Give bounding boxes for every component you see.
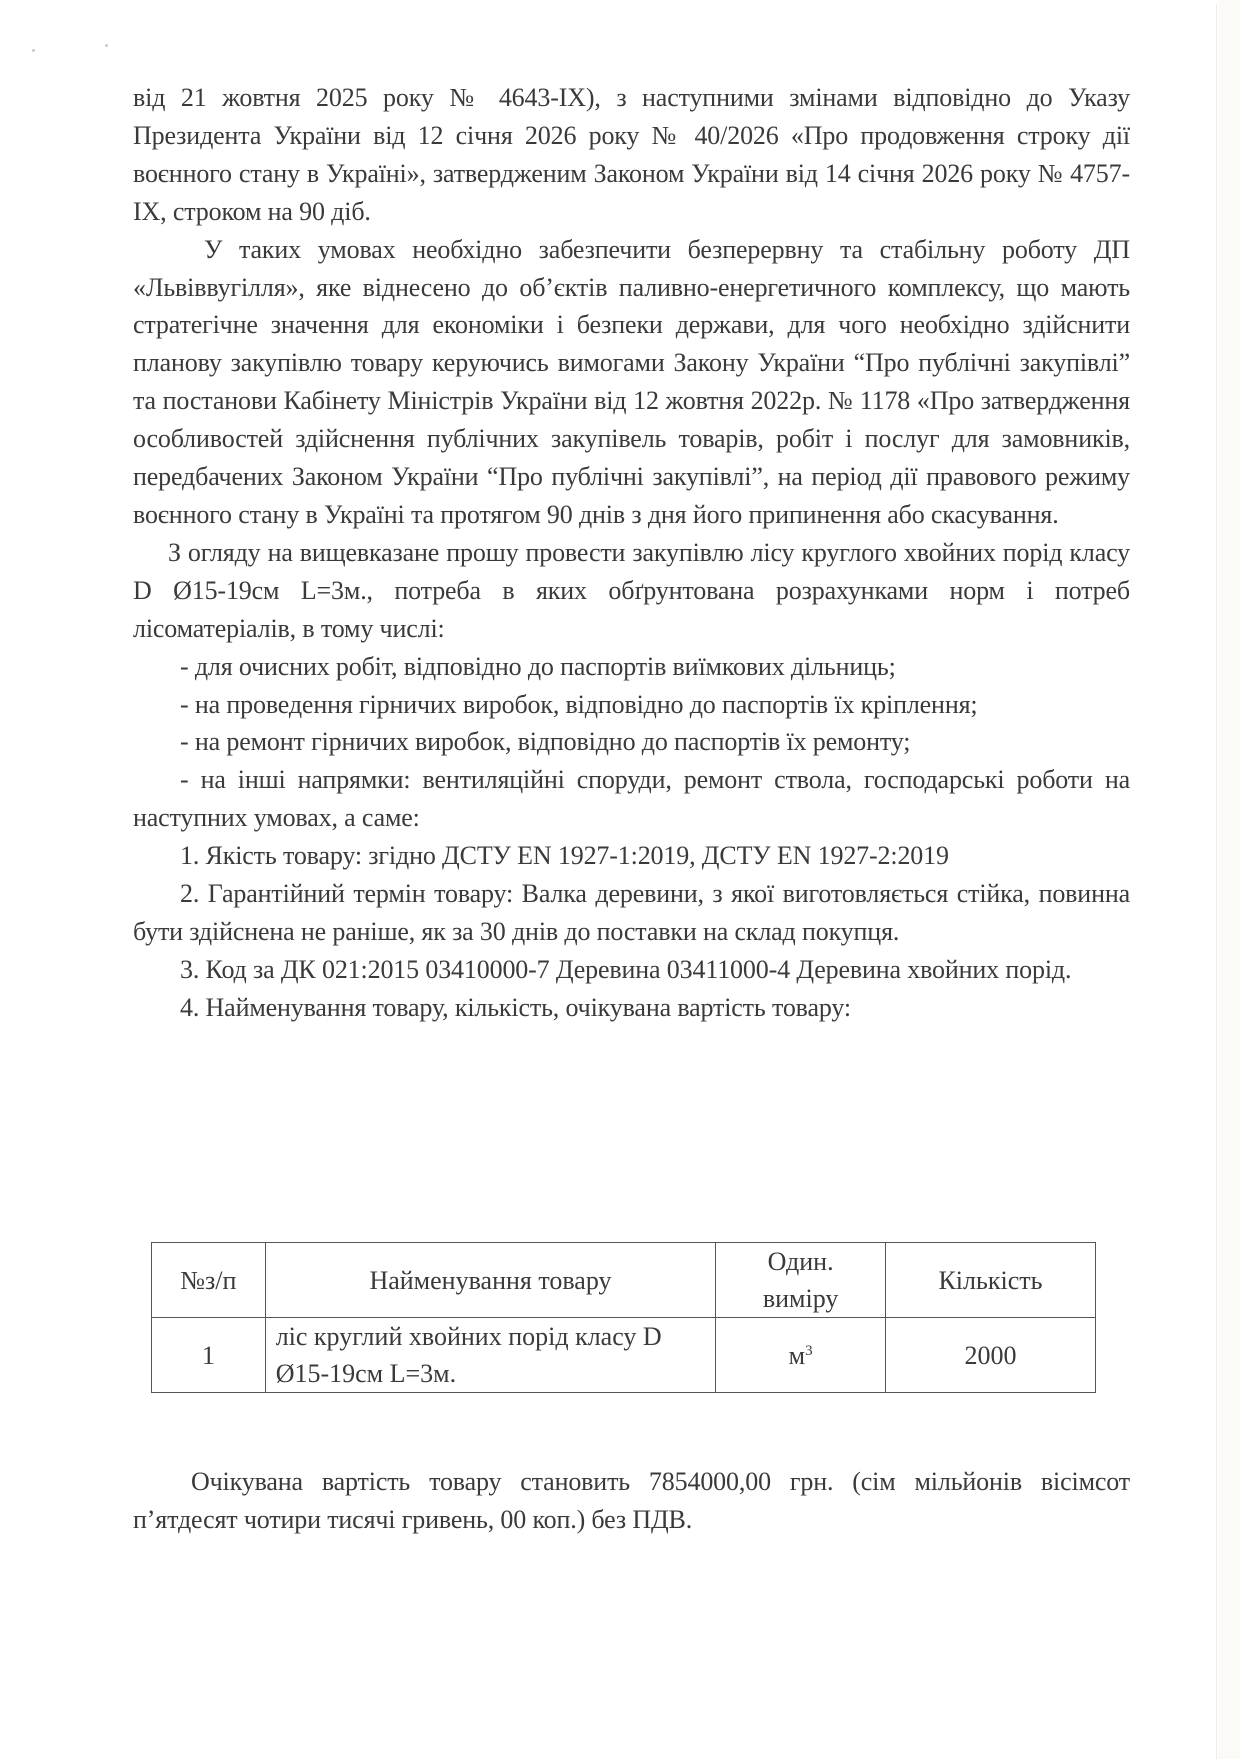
paragraph-procurement-request: З огляду на вищевказане прошу провести з… <box>133 534 1130 648</box>
header-unit-line: виміру <box>724 1280 877 1317</box>
header-unit: Один. виміру <box>716 1243 886 1318</box>
cell-goods-name: ліс круглий хвойних порід класу D Ø15-19… <box>265 1318 716 1393</box>
goods-table: №з/п Найменування товару Один. виміру Кі… <box>151 1242 1096 1393</box>
expected-cost-paragraph: Очікувана вартість товару становить 7854… <box>133 1463 1130 1539</box>
unit-base: м <box>789 1341 805 1370</box>
table-row: 1 ліс круглий хвойних порід класу D Ø15-… <box>152 1318 1096 1393</box>
scan-speck <box>32 49 35 52</box>
cell-unit: м3 <box>716 1318 886 1393</box>
condition-goods-description: 4. Найменування товару, кількість, очіку… <box>133 989 1130 1027</box>
header-number: №з/п <box>152 1243 266 1318</box>
condition-quality: 1. Якість товару: згідно ДСТУ EN 1927-1:… <box>133 837 1130 875</box>
unit-superscript: 3 <box>805 1343 813 1359</box>
scan-edge-strip <box>1218 0 1240 1759</box>
needs-list-item: - на інші напрямки: вентиляційні споруди… <box>133 761 1130 837</box>
header-quantity: Кількість <box>885 1243 1095 1318</box>
needs-list-item: - на проведення гірничих виробок, відпов… <box>133 686 1130 724</box>
condition-warranty: 2. Гарантійний термін товару: Валка дере… <box>133 875 1130 951</box>
document-body: від 21 жовтня 2025 року № 4643-IX), з на… <box>133 79 1130 1027</box>
scan-edge-line <box>1216 4 1217 1759</box>
header-unit-line: Один. <box>724 1243 877 1280</box>
table-header-row: №з/п Найменування товару Один. виміру Кі… <box>152 1243 1096 1318</box>
cell-quantity: 2000 <box>885 1318 1095 1393</box>
cell-number: 1 <box>152 1318 266 1393</box>
condition-cpv-code: 3. Код за ДК 021:2015 03410000-7 Деревин… <box>133 951 1130 989</box>
header-goods-name: Найменування товару <box>265 1243 716 1318</box>
paragraph-stable-operation: У таких умовах необхідно забезпечити без… <box>133 231 1130 534</box>
needs-list-item: - для очисних робіт, відповідно до паспо… <box>133 648 1130 686</box>
document-page: від 21 жовтня 2025 року № 4643-IX), з на… <box>0 0 1255 1759</box>
paragraph-martial-law: від 21 жовтня 2025 року № 4643-IX), з на… <box>133 79 1130 231</box>
needs-list-item: - на ремонт гірничих виробок, відповідно… <box>133 723 1130 761</box>
scan-speck <box>105 44 108 47</box>
